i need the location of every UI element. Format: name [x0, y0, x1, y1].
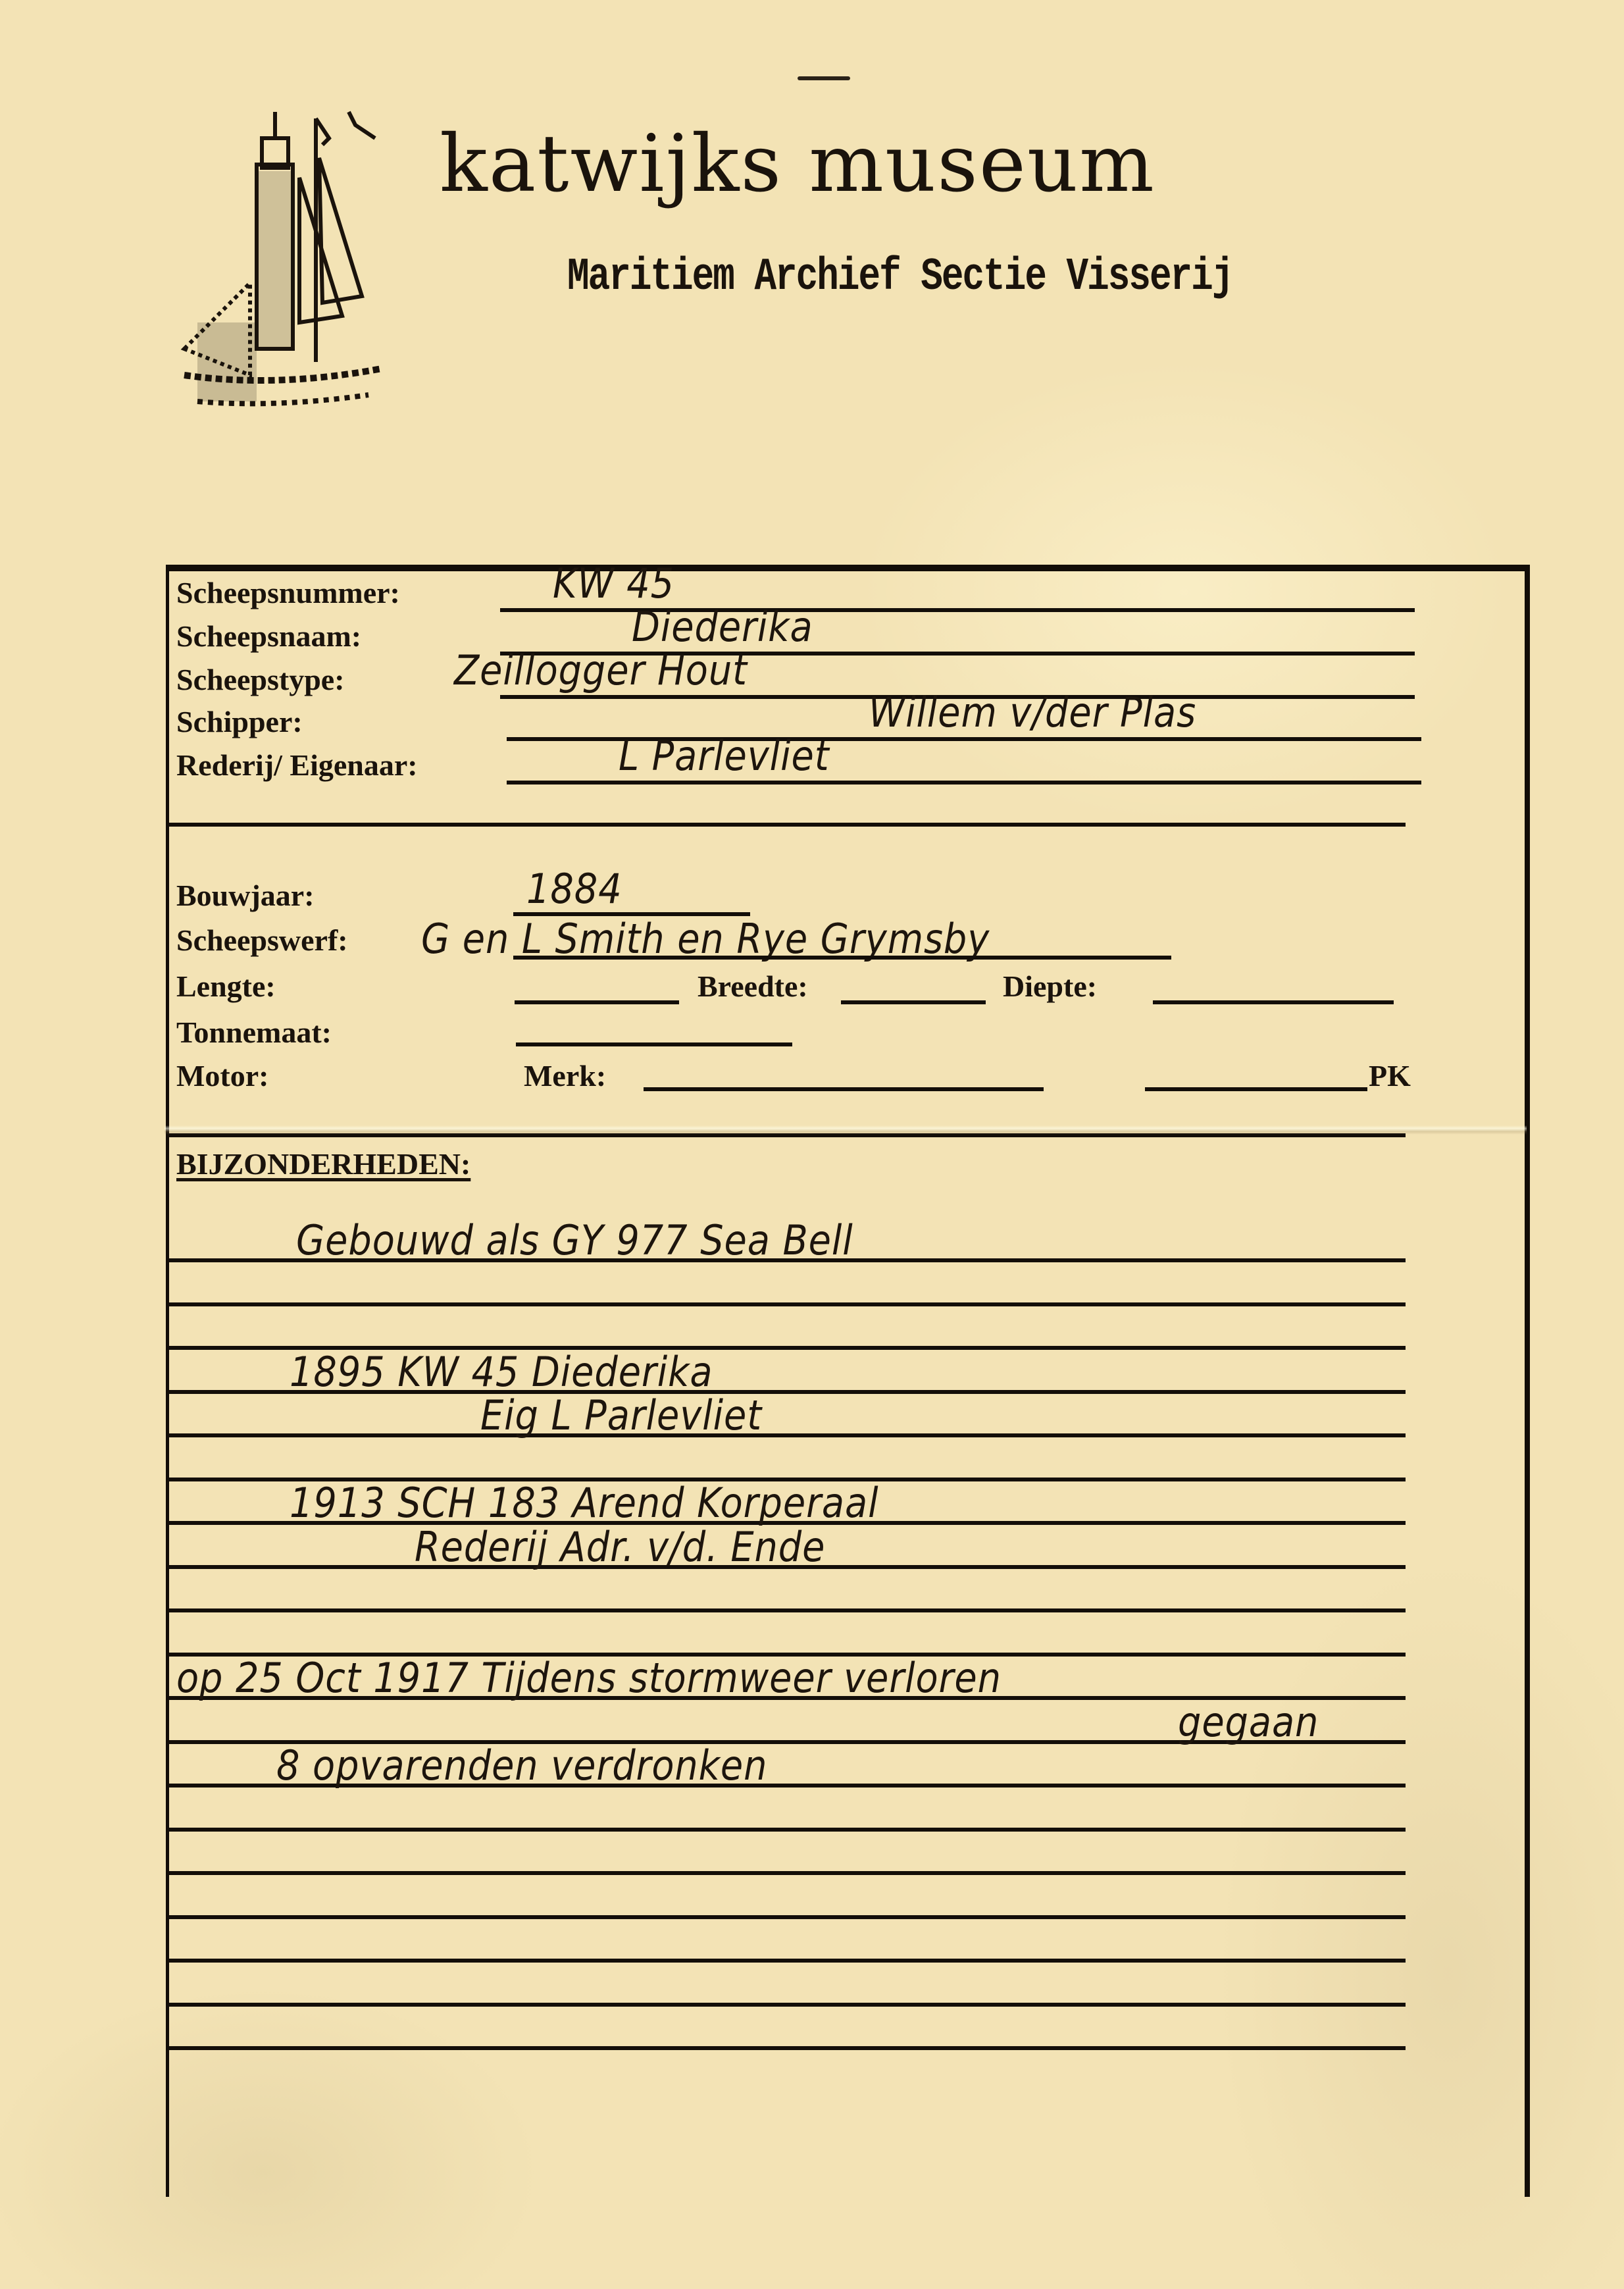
museum-subtitle: Maritiem Archief Sectie Visserij — [567, 250, 1232, 303]
bouwjaar-label: Bouwjaar: — [176, 881, 315, 911]
details-line-text[interactable]: Gebouwd als GY 977 Sea Bell — [296, 1220, 853, 1261]
breedte-line[interactable] — [841, 1000, 986, 1004]
field-value[interactable]: KW 45 — [553, 563, 674, 604]
field-value[interactable]: Willem v/der Plas — [869, 692, 1196, 733]
section-divider — [168, 823, 1406, 827]
field-value[interactable]: Diederika — [632, 607, 813, 648]
scheepswerf-line — [513, 956, 1171, 960]
details-line-text[interactable]: 1895 KW 45 Diederika — [290, 1352, 713, 1393]
field-label: Rederij/ Eigenaar: — [176, 750, 418, 781]
lengte-label: Lengte: — [176, 971, 276, 1002]
details-line-text[interactable]: Eig L Parlevliet — [480, 1395, 762, 1436]
field-label: Schipper: — [176, 707, 303, 737]
motor-label: Motor: — [176, 1061, 268, 1091]
details-line — [168, 2046, 1406, 2050]
details-line-text[interactable]: op 25 Oct 1917 Tijdens stormweer verlore… — [176, 1658, 1002, 1699]
breedte-label: Breedte: — [698, 971, 808, 1002]
field-value[interactable]: L Parlevliet — [619, 736, 829, 777]
museum-title: katwijks museum — [440, 125, 1155, 204]
field-line — [507, 781, 1421, 784]
field-label: Scheepsnummer: — [176, 578, 400, 608]
bijzonderheden-heading: BIJZONDERHEDEN: — [176, 1146, 470, 1181]
header-dash — [798, 76, 850, 80]
details-line — [168, 1915, 1406, 1919]
scheepswerf-value[interactable]: G en L Smith en Rye Grymsby — [421, 919, 990, 960]
pk-line[interactable] — [1145, 1087, 1367, 1091]
details-line — [168, 1871, 1406, 1875]
bouwjaar-value[interactable]: 1884 — [526, 869, 622, 910]
scheepswerf-label: Scheepswerf: — [176, 925, 348, 956]
details-line — [168, 1959, 1406, 1963]
details-line — [168, 1608, 1406, 1612]
tonnemaat-line[interactable] — [516, 1042, 792, 1046]
field-value[interactable]: Zeillogger Hout — [454, 650, 748, 691]
details-line-text[interactable]: gegaan — [1178, 1702, 1319, 1743]
details-line — [168, 1433, 1406, 1437]
pk-label: PK — [1369, 1061, 1411, 1091]
details-line — [168, 2003, 1406, 2007]
diepte-line[interactable] — [1153, 1000, 1394, 1004]
details-line-text[interactable]: 1913 SCH 183 Arend Korperaal — [290, 1483, 879, 1524]
merk-line[interactable] — [644, 1087, 1044, 1091]
lengte-line[interactable] — [515, 1000, 679, 1004]
merk-label: Merk: — [524, 1061, 606, 1091]
lighthouse-ship-logo-icon — [158, 99, 395, 441]
details-line-text[interactable]: Rederij Adr. v/d. Ende — [415, 1527, 825, 1568]
tonnemaat-label: Tonnemaat: — [176, 1017, 332, 1048]
details-line-text[interactable]: 8 opvarenden verdronken — [276, 1745, 767, 1786]
field-label: Scheepstype: — [176, 665, 345, 695]
diepte-label: Diepte: — [1003, 971, 1097, 1002]
field-label: Scheepsnaam: — [176, 621, 361, 652]
details-line — [168, 1828, 1406, 1832]
details-line — [168, 1302, 1406, 1306]
paper-fold — [165, 1125, 1527, 1135]
